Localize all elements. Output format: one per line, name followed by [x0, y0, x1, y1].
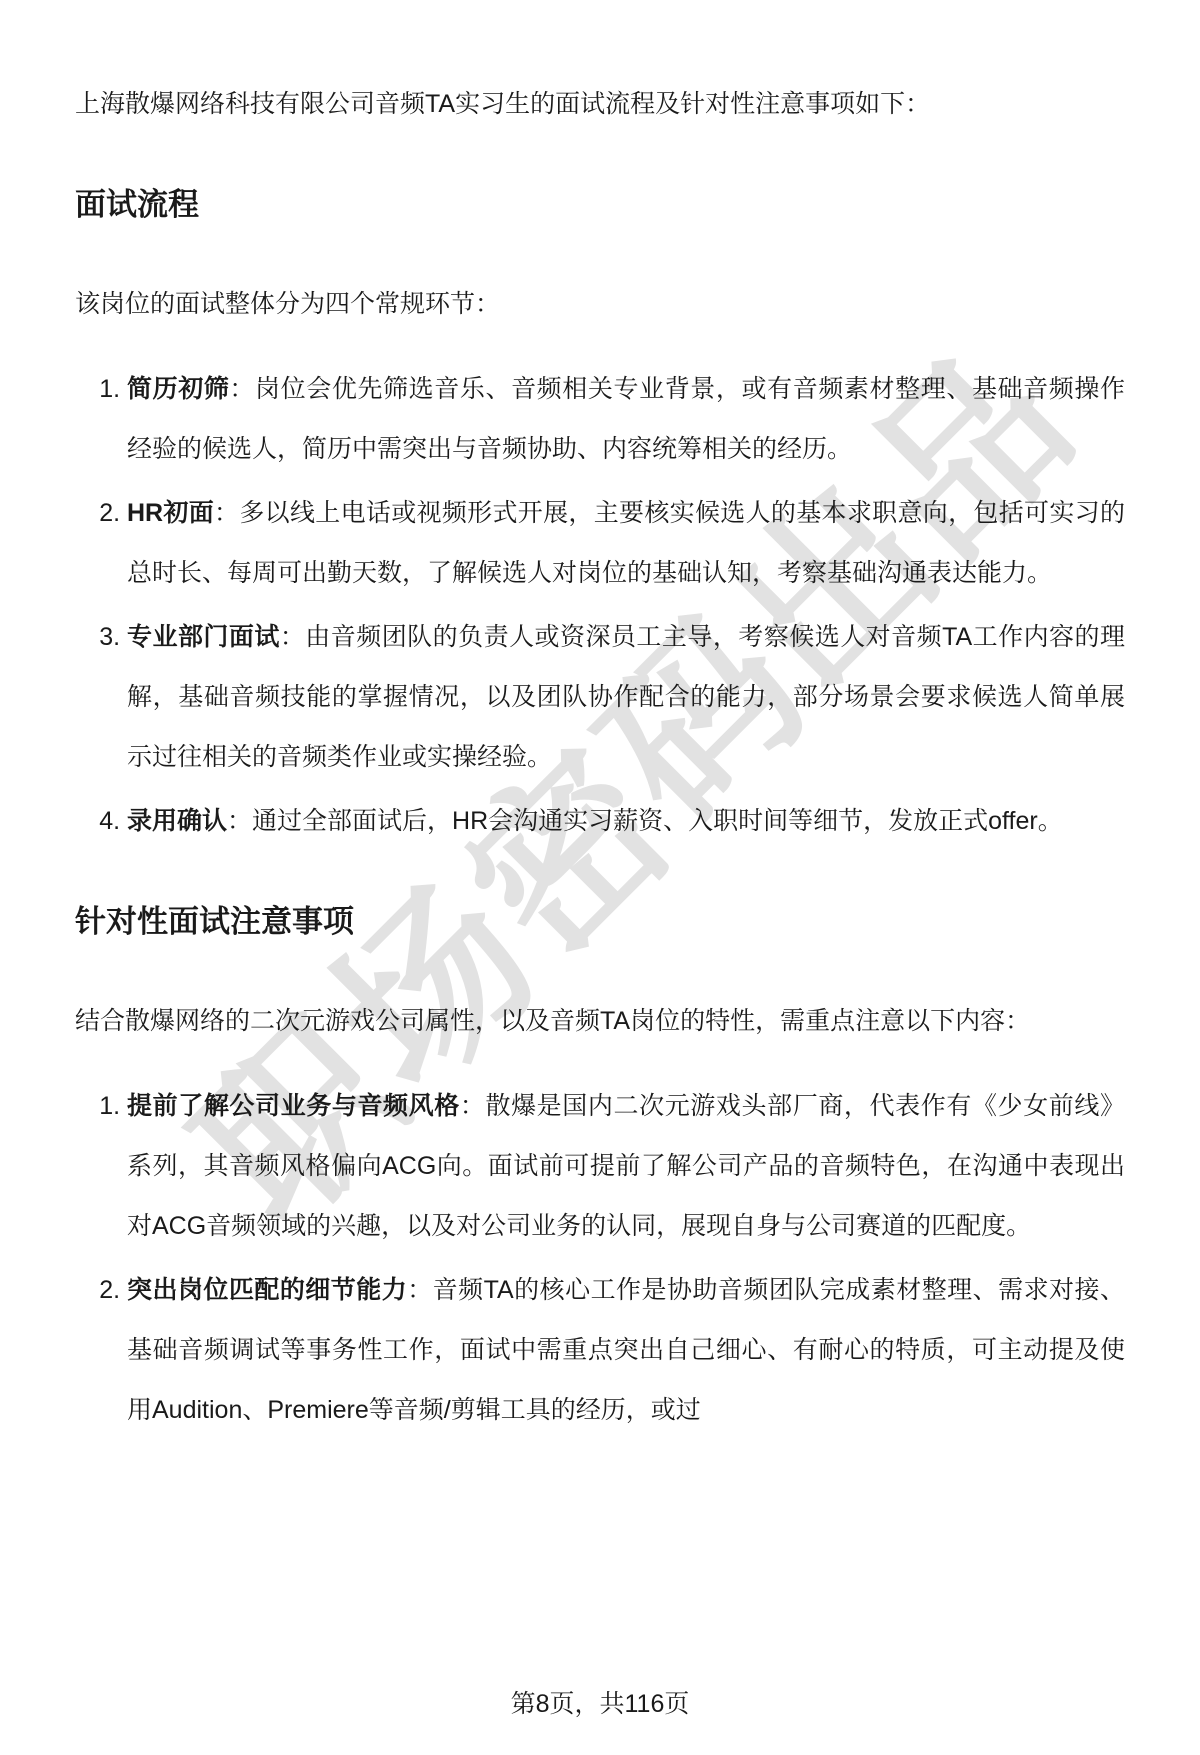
item-label: 专业部门面试: [127, 623, 280, 651]
item-text: ：岗位会优先筛选音乐、音频相关专业背景，或有音频素材整理、基础音频操作经验的候选…: [127, 375, 1125, 463]
intro-paragraph: 上海散爆网络科技有限公司音频TA实习生的面试流程及针对性注意事项如下：: [75, 74, 1125, 134]
item-label: HR初面: [127, 499, 214, 527]
item-text: ：多以线上电话或视频形式开展，主要核实候选人的基本求职意向，包括可实习的总时长、…: [127, 499, 1125, 587]
interview-process-list: 简历初筛：岗位会优先筛选音乐、音频相关专业背景，或有音频素材整理、基础音频操作经…: [75, 359, 1125, 851]
item-label: 录用确认: [127, 807, 227, 835]
section2-heading: 针对性面试注意事项: [75, 899, 1125, 945]
list-item-hr-interview: HR初面：多以线上电话或视频形式开展，主要核实候选人的基本求职意向，包括可实习的…: [127, 483, 1125, 603]
section2-lead-paragraph: 结合散爆网络的二次元游戏公司属性，以及音频TA岗位的特性，需重点注意以下内容：: [75, 991, 1125, 1051]
list-item-offer-confirmation: 录用确认：通过全部面试后，HR会沟通实习薪资、入职时间等细节，发放正式offer…: [127, 791, 1125, 851]
list-item-detail-skills: 突出岗位匹配的细节能力：音频TA的核心工作是协助音频团队完成素材整理、需求对接、…: [127, 1260, 1125, 1440]
item-text: ：通过全部面试后，HR会沟通实习薪资、入职时间等细节，发放正式offer。: [227, 807, 1063, 835]
page-footer: 第8页，共116页: [0, 1686, 1200, 1722]
item-label: 简历初筛: [127, 375, 229, 403]
section1-lead-paragraph: 该岗位的面试整体分为四个常规环节：: [75, 274, 1125, 334]
document-page: 职场密码出品 上海散爆网络科技有限公司音频TA实习生的面试流程及针对性注意事项如…: [0, 0, 1200, 1755]
document-content: 上海散爆网络科技有限公司音频TA实习生的面试流程及针对性注意事项如下： 面试流程…: [0, 0, 1200, 1440]
item-label: 突出岗位匹配的细节能力: [127, 1276, 407, 1304]
interview-notes-list: 提前了解公司业务与音频风格：散爆是国内二次元游戏头部厂商，代表作有《少女前线》系…: [75, 1076, 1125, 1440]
list-item-company-research: 提前了解公司业务与音频风格：散爆是国内二次元游戏头部厂商，代表作有《少女前线》系…: [127, 1076, 1125, 1256]
list-item-department-interview: 专业部门面试：由音频团队的负责人或资深员工主导，考察候选人对音频TA工作内容的理…: [127, 607, 1125, 787]
item-label: 提前了解公司业务与音频风格: [127, 1092, 460, 1120]
section1-heading: 面试流程: [75, 182, 1125, 228]
list-item-resume-screening: 简历初筛：岗位会优先筛选音乐、音频相关专业背景，或有音频素材整理、基础音频操作经…: [127, 359, 1125, 479]
